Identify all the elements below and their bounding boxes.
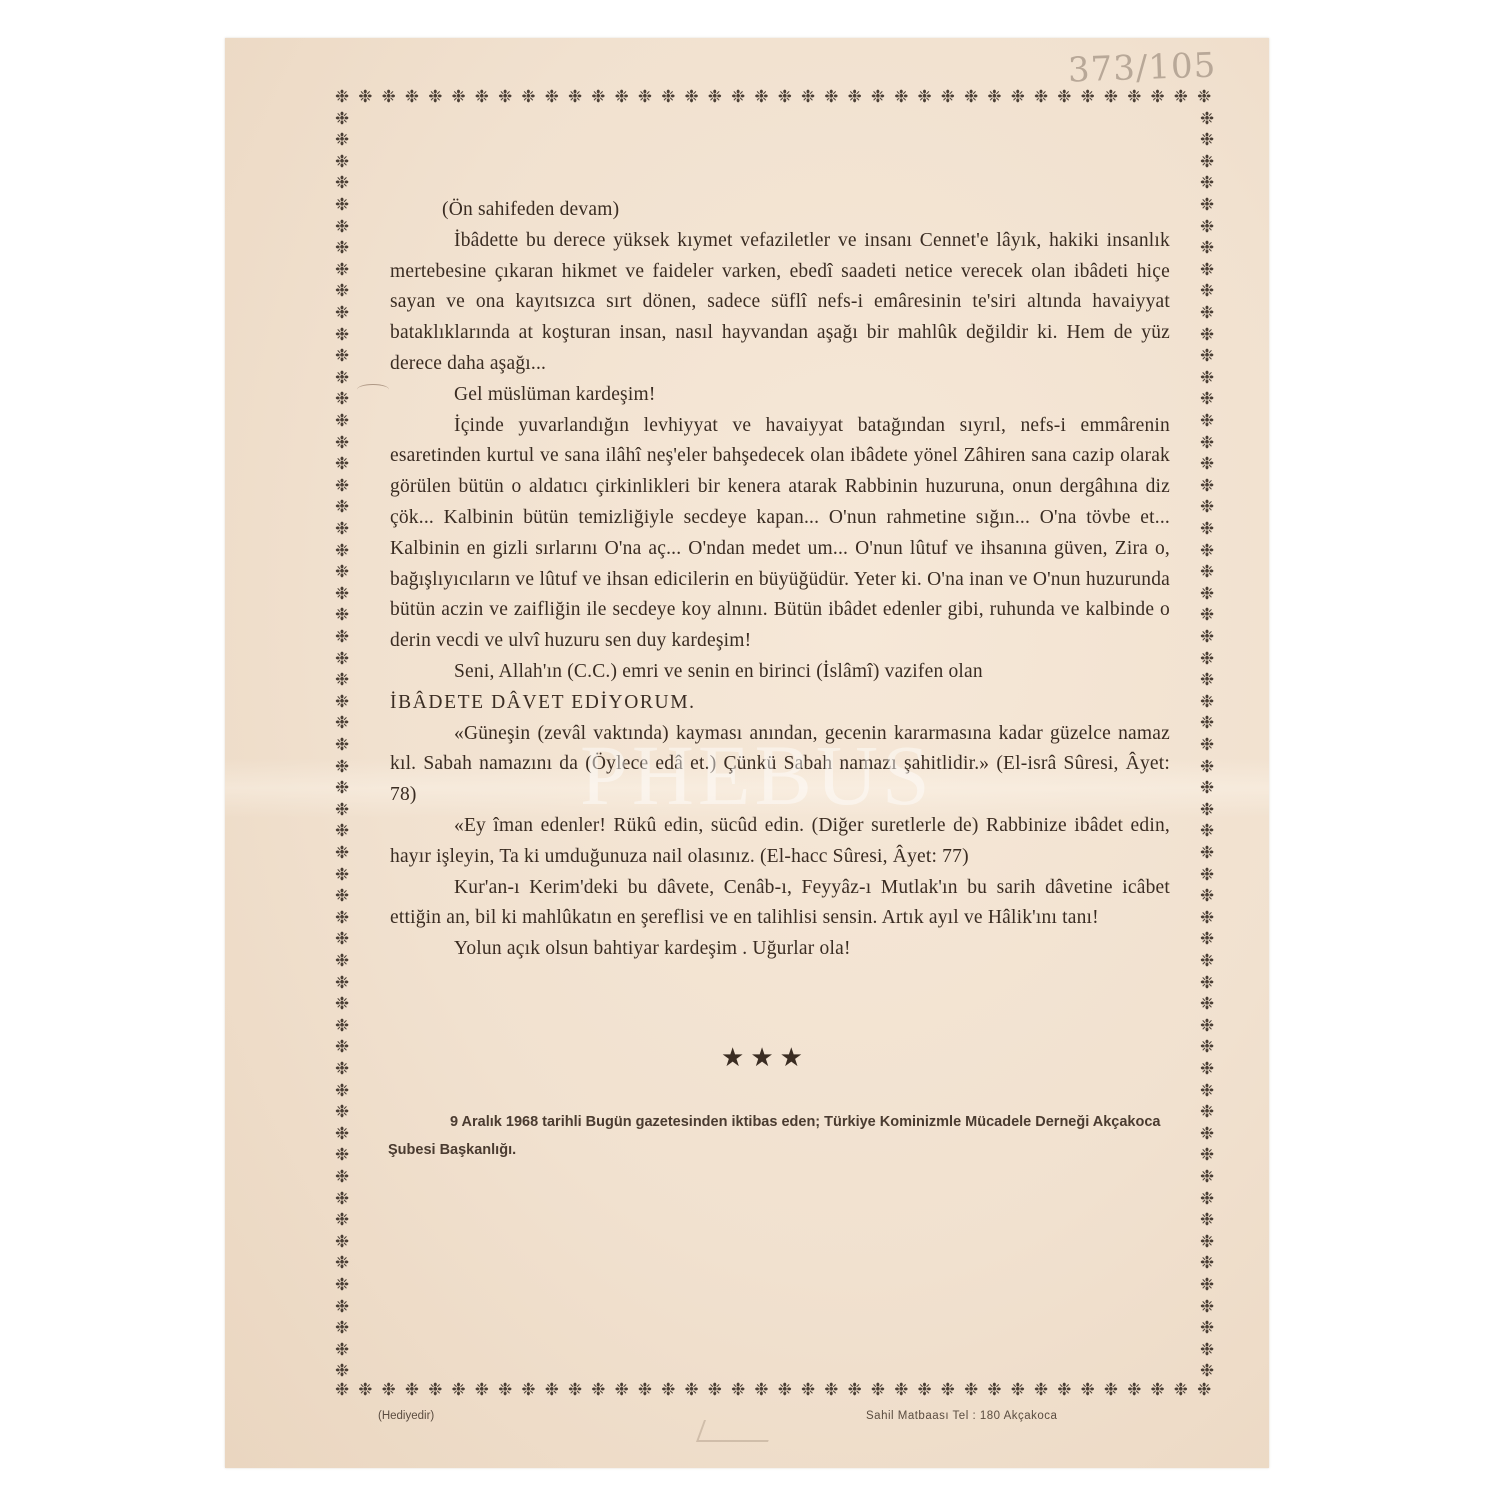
ornament-icon: ❉: [1199, 1061, 1215, 1077]
ornament-icon: ❉: [334, 651, 350, 667]
ornament-icon: ❉: [1199, 413, 1215, 429]
ornament-icon: ❉: [1150, 1382, 1166, 1398]
invitation-heading: İBÂDETE DÂVET EDİYORUM.: [390, 688, 1170, 719]
ornament-icon: ❉: [334, 348, 350, 364]
ornament-icon: ❉: [660, 1382, 676, 1398]
ornament-icon: ❉: [334, 1363, 350, 1379]
ornament-icon: ❉: [963, 89, 979, 105]
quote-hacc: «Ey îman edenler! Rükû edin, sücûd edin.…: [390, 811, 1170, 873]
ornament-icon: ❉: [1199, 975, 1215, 991]
ornament-icon: ❉: [660, 89, 676, 105]
paragraph: Gel müslüman kardeşim!: [390, 380, 1170, 411]
ornament-icon: ❉: [451, 89, 467, 105]
ornament-icon: ❉: [334, 283, 350, 299]
ornament-icon: ❉: [590, 89, 606, 105]
ornament-icon: ❉: [847, 1382, 863, 1398]
source-note-text: 9 Aralık 1968 tarihli Bugün gazetesinden…: [388, 1108, 1166, 1164]
ornament-icon: ❉: [334, 305, 350, 321]
ornament-icon: ❉: [334, 132, 350, 148]
ornament-icon: ❉: [823, 1382, 839, 1398]
ornament-icon: ❉: [334, 1299, 350, 1315]
ornament-icon: ❉: [334, 1061, 350, 1077]
ornament-icon: ❉: [1199, 802, 1215, 818]
ornament-icon: ❉: [334, 975, 350, 991]
ornament-icon: ❉: [1199, 348, 1215, 364]
ornament-icon: ❉: [1199, 931, 1215, 947]
ornament-icon: ❉: [1199, 1299, 1215, 1315]
ornament-icon: ❉: [893, 1382, 909, 1398]
ornament-icon: ❉: [1103, 1382, 1119, 1398]
ornament-icon: ❉: [1199, 543, 1215, 559]
ornament-icon: ❉: [1056, 1382, 1072, 1398]
ornament-icon: ❉: [497, 89, 513, 105]
ornament-icon: ❉: [1199, 715, 1215, 731]
ornament-icon: ❉: [404, 1382, 420, 1398]
footer-printer: Sahil Matbaası Tel : 180 Akçakoca: [866, 1410, 1057, 1422]
ornament-icon: ❉: [1173, 89, 1189, 105]
ornament-icon: ❉: [334, 262, 350, 278]
ornament-icon: ❉: [334, 1104, 350, 1120]
ornament-icon: ❉: [520, 1382, 536, 1398]
paragraph: Kur'an-ı Kerim'deki bu dâvete, Cenâb-ı, …: [390, 873, 1170, 935]
ornament-icon: ❉: [1199, 1147, 1215, 1163]
ornament-icon: ❉: [404, 89, 420, 105]
ornament-icon: ❉: [334, 823, 350, 839]
ornament-icon: ❉: [1199, 1363, 1215, 1379]
paper-damage-mark: [696, 1420, 776, 1442]
ornament-icon: ❉: [1199, 586, 1215, 602]
ornament-icon: ❉: [1199, 1126, 1215, 1142]
ornament-icon: ❉: [1199, 867, 1215, 883]
ornament-icon: ❉: [1033, 1382, 1049, 1398]
ornament-icon: ❉: [427, 1382, 443, 1398]
ornament-icon: ❉: [334, 1083, 350, 1099]
ornament-icon: ❉: [334, 1382, 350, 1398]
ornament-icon: ❉: [334, 1169, 350, 1185]
archive-pencil-note: 373/105: [1067, 45, 1217, 90]
ornament-icon: ❉: [1199, 1234, 1215, 1250]
ornament-icon: ❉: [357, 89, 373, 105]
ornament-icon: ❉: [334, 845, 350, 861]
ornament-icon: ❉: [986, 1382, 1002, 1398]
ornament-icon: ❉: [1010, 1382, 1026, 1398]
ornament-icon: ❉: [637, 89, 653, 105]
ornament-icon: ❉: [334, 910, 350, 926]
ornament-icon: ❉: [334, 996, 350, 1012]
ornament-icon: ❉: [334, 715, 350, 731]
ornament-icon: ❉: [334, 607, 350, 623]
ornament-icon: ❉: [1199, 370, 1215, 386]
ornament-icon: ❉: [334, 888, 350, 904]
ornament-icon: ❉: [1150, 89, 1166, 105]
ornament-icon: ❉: [1196, 89, 1212, 105]
ornament-icon: ❉: [1196, 1382, 1212, 1398]
footer-gift-note: (Hediyedir): [378, 1410, 434, 1422]
ornament-icon: ❉: [1126, 1382, 1142, 1398]
ornament-icon: ❉: [730, 89, 746, 105]
ornament-icon: ❉: [334, 478, 350, 494]
ornament-icon: ❉: [334, 1234, 350, 1250]
ornament-icon: ❉: [334, 1039, 350, 1055]
paragraph: İbâdette bu derece yüksek kıymet vefazil…: [390, 226, 1170, 380]
quote-isra: «Güneşin (zevâl vaktında) kayması anında…: [390, 719, 1170, 811]
ornament-icon: ❉: [1199, 1104, 1215, 1120]
ornament-icon: ❉: [334, 543, 350, 559]
ornament-icon: ❉: [334, 780, 350, 796]
ornament-icon: ❉: [1199, 759, 1215, 775]
ornament-icon: ❉: [1199, 175, 1215, 191]
ornament-icon: ❉: [1199, 629, 1215, 645]
ornament-icon: ❉: [1199, 672, 1215, 688]
ornament-icon: ❉: [777, 89, 793, 105]
ornament-icon: ❉: [334, 435, 350, 451]
ornament-icon: ❉: [334, 586, 350, 602]
ornament-icon: ❉: [1199, 1018, 1215, 1034]
ornament-icon: ❉: [1126, 89, 1142, 105]
ornament-icon: ❉: [334, 391, 350, 407]
ornament-icon: ❉: [334, 327, 350, 343]
ornament-icon: ❉: [1080, 89, 1096, 105]
ornament-icon: ❉: [1199, 435, 1215, 451]
paragraph: İçinde yuvarlandığın levhiyyat ve havaiy…: [390, 411, 1170, 657]
ornament-icon: ❉: [1199, 888, 1215, 904]
star-separator-icon: ★★★: [700, 1043, 830, 1073]
ornament-icon: ❉: [334, 370, 350, 386]
ornament-icon: ❉: [334, 521, 350, 537]
ornament-icon: ❉: [1199, 499, 1215, 515]
ornament-icon: ❉: [1199, 262, 1215, 278]
ornament-icon: ❉: [334, 1018, 350, 1034]
paragraph: Seni, Allah'ın (C.C.) emri ve senin en b…: [390, 657, 1170, 688]
ornament-icon: ❉: [1199, 1212, 1215, 1228]
ornament-icon: ❉: [1199, 845, 1215, 861]
ornament-icon: ❉: [917, 89, 933, 105]
ornament-icon: ❉: [567, 1382, 583, 1398]
ornament-icon: ❉: [357, 1382, 373, 1398]
ornament-icon: ❉: [1199, 327, 1215, 343]
ornament-icon: ❉: [334, 197, 350, 213]
ornament-icon: ❉: [753, 89, 769, 105]
ornament-icon: ❉: [381, 89, 397, 105]
ornament-icon: ❉: [1199, 737, 1215, 753]
ornament-icon: ❉: [1199, 823, 1215, 839]
ornament-icon: ❉: [800, 89, 816, 105]
continuation-note: (Ön sahifeden devam): [384, 195, 1170, 226]
ornament-icon: ❉: [1199, 694, 1215, 710]
ornament-icon: ❉: [917, 1382, 933, 1398]
ornament-icon: ❉: [1199, 1083, 1215, 1099]
ornament-icon: ❉: [567, 89, 583, 105]
ornament-icon: ❉: [637, 1382, 653, 1398]
ornament-icon: ❉: [334, 802, 350, 818]
ornament-icon: ❉: [963, 1382, 979, 1398]
ornament-icon: ❉: [334, 1147, 350, 1163]
ornament-icon: ❉: [1199, 456, 1215, 472]
ornament-icon: ❉: [334, 154, 350, 170]
ornament-icon: ❉: [381, 1382, 397, 1398]
ornament-icon: ❉: [1199, 953, 1215, 969]
ornament-icon: ❉: [334, 931, 350, 947]
ornament-icon: ❉: [1199, 111, 1215, 127]
ornament-icon: ❉: [777, 1382, 793, 1398]
ornament-icon: ❉: [1199, 910, 1215, 926]
ornament-icon: ❉: [334, 175, 350, 191]
ornament-icon: ❉: [334, 1126, 350, 1142]
ornament-icon: ❉: [1199, 219, 1215, 235]
ornament-icon: ❉: [1199, 1169, 1215, 1185]
ornament-icon: ❉: [334, 111, 350, 127]
pencil-mark: [357, 384, 389, 395]
ornament-icon: ❉: [334, 89, 350, 105]
ornament-icon: ❉: [334, 737, 350, 753]
ornament-icon: ❉: [334, 219, 350, 235]
ornament-icon: ❉: [707, 1382, 723, 1398]
ornament-icon: ❉: [684, 89, 700, 105]
ornament-icon: ❉: [334, 867, 350, 883]
ornament-icon: ❉: [1173, 1382, 1189, 1398]
ornament-icon: ❉: [800, 1382, 816, 1398]
ornament-icon: ❉: [1199, 564, 1215, 580]
ornament-icon: ❉: [334, 694, 350, 710]
ornament-icon: ❉: [334, 413, 350, 429]
ornament-icon: ❉: [940, 89, 956, 105]
ornament-icon: ❉: [520, 89, 536, 105]
ornament-icon: ❉: [1199, 240, 1215, 256]
ornament-icon: ❉: [451, 1382, 467, 1398]
ornament-icon: ❉: [427, 89, 443, 105]
ornament-icon: ❉: [1199, 283, 1215, 299]
ornament-icon: ❉: [497, 1382, 513, 1398]
ornament-icon: ❉: [707, 89, 723, 105]
ornament-icon: ❉: [334, 1320, 350, 1336]
ornament-icon: ❉: [1199, 478, 1215, 494]
ornament-icon: ❉: [753, 1382, 769, 1398]
ornament-icon: ❉: [1010, 89, 1026, 105]
ornament-icon: ❉: [334, 456, 350, 472]
ornament-icon: ❉: [940, 1382, 956, 1398]
ornament-icon: ❉: [1199, 1277, 1215, 1293]
ornament-icon: ❉: [893, 89, 909, 105]
ornament-icon: ❉: [334, 759, 350, 775]
ornament-icon: ❉: [1199, 197, 1215, 213]
ornament-icon: ❉: [334, 240, 350, 256]
ornament-icon: ❉: [1199, 1255, 1215, 1271]
ornament-icon: ❉: [614, 89, 630, 105]
ornament-icon: ❉: [1199, 1342, 1215, 1358]
ornament-icon: ❉: [544, 1382, 560, 1398]
ornament-icon: ❉: [614, 1382, 630, 1398]
ornament-icon: ❉: [986, 89, 1002, 105]
ornament-icon: ❉: [334, 564, 350, 580]
ornament-icon: ❉: [334, 1212, 350, 1228]
ornament-icon: ❉: [1199, 1039, 1215, 1055]
ornament-icon: ❉: [334, 1255, 350, 1271]
ornament-icon: ❉: [1199, 391, 1215, 407]
ornament-icon: ❉: [870, 1382, 886, 1398]
ornament-icon: ❉: [1199, 651, 1215, 667]
ornament-icon: ❉: [1080, 1382, 1096, 1398]
ornament-icon: ❉: [590, 1382, 606, 1398]
ornament-icon: ❉: [544, 89, 560, 105]
ornament-icon: ❉: [1199, 305, 1215, 321]
ornament-icon: ❉: [334, 1342, 350, 1358]
ornament-icon: ❉: [847, 89, 863, 105]
ornament-icon: ❉: [1199, 154, 1215, 170]
ornament-icon: ❉: [1199, 607, 1215, 623]
ornament-icon: ❉: [1199, 1320, 1215, 1336]
ornament-icon: ❉: [334, 672, 350, 688]
ornament-icon: ❉: [1199, 132, 1215, 148]
ornament-icon: ❉: [334, 1277, 350, 1293]
ornament-icon: ❉: [1103, 89, 1119, 105]
ornament-icon: ❉: [1199, 521, 1215, 537]
ornament-icon: ❉: [334, 953, 350, 969]
ornament-icon: ❉: [1199, 996, 1215, 1012]
ornament-icon: ❉: [870, 89, 886, 105]
ornament-icon: ❉: [730, 1382, 746, 1398]
ornament-icon: ❉: [684, 1382, 700, 1398]
ornament-icon: ❉: [823, 89, 839, 105]
ornament-icon: ❉: [334, 499, 350, 515]
ornament-icon: ❉: [1056, 89, 1072, 105]
ornament-icon: ❉: [334, 1191, 350, 1207]
ornament-icon: ❉: [1199, 780, 1215, 796]
main-text: (Ön sahifeden devam) İbâdette bu derece …: [390, 195, 1170, 965]
source-note: 9 Aralık 1968 tarihli Bugün gazetesinden…: [388, 1108, 1166, 1164]
ornament-icon: ❉: [474, 89, 490, 105]
ornament-icon: ❉: [334, 629, 350, 645]
closing-line: Yolun açık olsun bahtiyar kardeşim . Uğu…: [390, 934, 1170, 965]
ornament-icon: ❉: [1199, 1191, 1215, 1207]
ornament-icon: ❉: [474, 1382, 490, 1398]
ornament-icon: ❉: [1033, 89, 1049, 105]
